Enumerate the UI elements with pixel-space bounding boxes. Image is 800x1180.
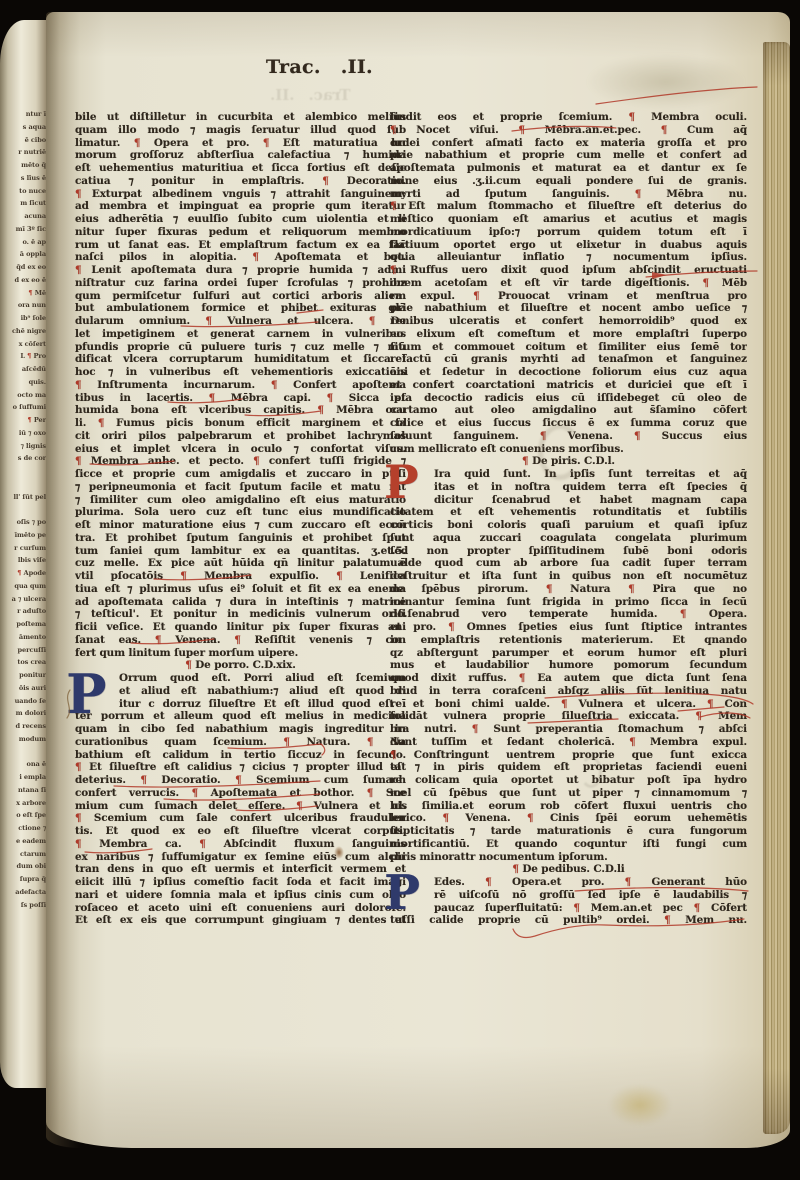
- prev-page-line-fragment: chē nigre: [0, 325, 46, 338]
- text-line: ter porrum et alleum quod eſt melius in …: [75, 710, 406, 723]
- text-line: tuſſi calide proprie cū pultib⁹ ordei. ¶…: [390, 914, 747, 927]
- text-line: quam in cibo ſed nabathium magis ingredi…: [75, 723, 406, 736]
- text-line: et confert coarctationi matricis et duri…: [390, 379, 747, 392]
- show-through-letter: [580, 756, 602, 788]
- show-through-letter: [538, 424, 582, 480]
- text-line: ficii veſice. Et quando linitur pix ſupe…: [75, 621, 406, 634]
- drop-cap-piris: P: [384, 464, 419, 502]
- paper-stain-bottom: [608, 1084, 672, 1126]
- text-line: vtil pſocatōis ¶ Membra expulſio. ¶ Leni…: [75, 570, 406, 583]
- prev-page-line-fragment: ōis auri: [0, 682, 46, 695]
- text-line: et aliud eſt nabathium:⁊ aliud eſt quod …: [75, 685, 406, 698]
- paper-smudge-top: [586, 54, 746, 110]
- text-line: limatur. ¶ Opera et pro. ¶ Eſt maturatiu…: [75, 137, 406, 150]
- prev-page-line-fragment: percuſſi: [0, 644, 46, 657]
- text-line: naſci pilos in alopitia. ¶ Apoſtemata et…: [75, 251, 406, 264]
- prev-page-line-fragment: ona ē: [0, 758, 46, 771]
- prev-page-line-fragment: e eadem: [0, 835, 46, 848]
- text-line: eſt minor maturatione eius ⁊ cum zuccaro…: [75, 519, 406, 532]
- text-line: Et eſt ex eis que corrumpunt gingiuam ⁊ …: [75, 914, 406, 927]
- text-line: mine eius .ʒ.ii.cum equali pondere ſui d…: [390, 175, 747, 188]
- text-line: ⁊ ſimiliter cum oleo amigdalino eſt eius…: [75, 494, 406, 507]
- text-line: ¶ Inſtrumenta incurnarum. ¶ Confert apoſ…: [75, 379, 406, 392]
- text-line: ¶ De pedibus. C.D.li: [390, 863, 747, 876]
- text-column-right: findit eos et proprie ſcemium. ¶ Membra …: [390, 111, 747, 927]
- prev-page-line-fragment: x arbore: [0, 797, 46, 810]
- text-line: ¶ Ruffus uero dixit quod ipſum abſcindit…: [390, 264, 747, 277]
- prev-page-line-fragment: o ſuffumi: [0, 401, 46, 414]
- text-line: do.ſenabrud vero temperate humida. ¶ Ope…: [390, 608, 747, 621]
- text-line: quam illo modo ⁊ magis ſeruatur illud qu…: [75, 124, 406, 137]
- text-line: dificat vlcera corruptarum humiditatum e…: [75, 353, 406, 366]
- running-header: Trac. .II.: [266, 56, 373, 78]
- prev-page-line-fragment: L ¶ Pro: [0, 350, 46, 363]
- prev-page-line-fragment: m dolori: [0, 707, 46, 720]
- text-line: deſtruitur et iſta ſunt in quibus non eſ…: [390, 570, 747, 583]
- text-line: tis. Et quod ex eo eſt ſilueſtre vlcerat…: [75, 825, 406, 838]
- prev-page-line-fragment: ſupra q̄: [0, 873, 46, 886]
- prev-page-line-fragment: mī 3º ſic: [0, 223, 46, 236]
- text-line: refactū cū granis myrhti ad tenaſmon et …: [390, 353, 747, 366]
- text-line: ¶ Conſtringunt uentrem proprie que ſunt …: [390, 749, 747, 762]
- text-line: qz abſtergunt parumper et eorum humor eſ…: [390, 647, 747, 660]
- text-line: ¶ De porro. C.D.xix.: [75, 659, 406, 672]
- text-line: re et boni chimi ualde. ¶ Vulnera et ulc…: [390, 698, 747, 711]
- text-line: li. ¶ Fumus picis bonum efficit marginem…: [75, 417, 406, 430]
- text-line: niſtratur cuz farina ordei ſuper ſcroful…: [75, 277, 406, 290]
- previous-page-text-fragments: ntur īs aquaē cibor nutriēmēto q̄s līus …: [0, 20, 50, 911]
- text-line: ¶ Lenit apoſtemata dura ⁊ proprie humida…: [75, 264, 406, 277]
- text-line: itas et in noſtra quidem terra eſt ſpeci…: [390, 481, 747, 494]
- text-line: fert qum linitum ſuper morſum uipere.: [75, 647, 406, 660]
- text-line: ad membra et impinguat ea proprie qum it…: [75, 200, 406, 213]
- prev-page-line-fragment: [0, 746, 46, 759]
- prev-page-line-fragment: [0, 465, 46, 478]
- text-line: nitur ſuper fixuras pedum et reliquorum …: [75, 226, 406, 239]
- prev-page-line-fragment: m ſicut: [0, 197, 46, 210]
- text-line: dunt tuſſim et ſedant cholericā. ¶ Membr…: [390, 736, 747, 749]
- prev-page-line-fragment: ā oppla: [0, 248, 46, 261]
- prev-page-line-fragment: a ⁊ ulcera: [0, 593, 46, 606]
- text-line: findit eos et proprie ſcemium. ¶ Membra …: [390, 111, 747, 124]
- book-page: Trac. .II. Trac. .II. bile ut diſtilletu…: [46, 12, 790, 1148]
- prev-page-line-fragment: [0, 503, 46, 516]
- prev-page-line-fragment: ntana ſi: [0, 784, 46, 797]
- text-line: ¶ Eſt malum ſtommacho et ſilueſtre eſt d…: [390, 200, 747, 213]
- text-line: ¶ Membra ca. ¶ Abſcindit fluxum ſanguini…: [75, 838, 406, 851]
- prev-page-line-fragment: r curſum: [0, 542, 46, 555]
- text-line: mus et laudabilior humore pomorum ſecund…: [390, 659, 747, 672]
- text-line: rum ut ſanat eas. Et emplaſtrum factum e…: [75, 239, 406, 252]
- prev-page-line-fragment: dum obi: [0, 860, 46, 873]
- text-line: paucaz ſuperfluitatū: ¶ Mem.an.et pec ¶ …: [390, 902, 747, 915]
- prev-page-line-fragment: o. ē ap: [0, 236, 46, 249]
- text-line: tran dens in quo eſt uermis et interfici…: [75, 863, 406, 876]
- text-line: onem acetoſam et eſt vīr tarde digeſtion…: [390, 277, 747, 290]
- text-line: ad apoſtemata calida ⁊ dura in inteſtini…: [75, 596, 406, 609]
- text-line: let impetiginem et generat carnem in vul…: [75, 328, 406, 341]
- prev-page-line-fragment: i empla: [0, 771, 46, 784]
- text-line: ſunt aqua zuccari coagulata congelata pl…: [390, 532, 747, 545]
- text-line: dicitur ſcenabrud et habet magnam capa: [390, 494, 747, 507]
- text-line: his ſimilia.et eorum rob cōfert fluxui u…: [390, 800, 747, 813]
- text-line: meſtico quoniam eſt amarius et acutius e…: [390, 213, 747, 226]
- text-line: corticis boni coloris quaſi paruium et q…: [390, 519, 747, 532]
- prev-page-line-fragment: s de cor: [0, 452, 46, 465]
- text-line: eiicit illū ⁊ ipſius comeſtio facit ſoda…: [75, 876, 406, 889]
- prev-page-line-fragment: octo ma: [0, 389, 46, 402]
- prev-page-line-fragment: d recens: [0, 720, 46, 733]
- prev-page-line-fragment: s līus ē: [0, 172, 46, 185]
- text-line: citatem et eſt vehementis rotunditatis e…: [390, 506, 747, 519]
- prev-page-line-fragment: acuna: [0, 210, 46, 223]
- prev-page-line-fragment: iū ⁊ oxo: [0, 427, 46, 440]
- prev-page-line-fragment: tos crea: [0, 656, 46, 669]
- text-line: ipſa decoctio radicis eius cū iſſidebege…: [390, 392, 747, 405]
- text-line: et pro. ¶ Omnes ſpeties eius ſunt ſtipti…: [390, 621, 747, 634]
- text-line: ⁊ teſticul'. Et ponitur in medicinis vul…: [75, 608, 406, 621]
- text-line: humida bona eſt vlceribus capitis. ¶ Mēb…: [75, 404, 406, 417]
- text-line: tum ſaniei qum lambitur ex ea quantitas.…: [75, 545, 406, 558]
- text-line: curationibus quam ſcemium. ¶ Natura. ¶ N…: [75, 736, 406, 749]
- prev-page-line-fragment: [0, 478, 46, 491]
- text-line: qum permiſcetur ſulfuri aut cortici arbo…: [75, 290, 406, 303]
- text-line: roſaceo et aceto uini eſt conueniens aur…: [75, 902, 406, 915]
- prev-page-line-fragment: ¶ Apode: [0, 567, 46, 580]
- text-line: minantur ſemina ſunt frigida in primo ſi…: [390, 596, 747, 609]
- text-line: myrti ad ſputum ſanguinis. ¶ Mēbra nu.: [390, 188, 747, 201]
- text-line: ani et ſedetur in decoctione foliorum ei…: [390, 366, 747, 379]
- text-line: ex naribus ⁊ ſuffumigatur ex ſemine eiūs…: [75, 851, 406, 864]
- prev-page-line-fragment: x cōſert: [0, 338, 46, 351]
- prev-page-line-fragment: aſcēdū: [0, 363, 46, 376]
- prev-page-line-fragment: ib⁹ ſole: [0, 312, 46, 325]
- text-line: eius adherētia ⁊ euulſio ſubito cum uiol…: [75, 213, 406, 226]
- text-line: de ſpēbus pirorum. ¶ Natura ¶ Pira que n…: [390, 583, 747, 596]
- prev-page-line-fragment: qua qum: [0, 580, 46, 593]
- text-line: deterius. ¶ Decoratio. ¶ Scemium cum ſum…: [75, 774, 406, 787]
- prev-page-line-fragment: modum: [0, 733, 46, 746]
- text-line: mium cum ſumach delet eſſere. ¶ Vulnera …: [75, 800, 406, 813]
- text-line: ¶ Scemium cum ſale confert ulceribus fra…: [75, 812, 406, 825]
- prev-page-line-fragment: oſis ⁊ po: [0, 516, 46, 529]
- show-through-header: Trac. .II.: [270, 86, 351, 104]
- prev-page-line-fragment: ora nun: [0, 299, 46, 312]
- text-line: tiua eſt ⁊ plurimus uſus ei⁹ ſoluit et f…: [75, 583, 406, 596]
- prev-page-line-fragment: r nutriē: [0, 146, 46, 159]
- prev-page-line-fragment: ll' ſūt pel: [0, 491, 46, 504]
- text-line: ſolidāt vulnera proprie ſilueſtria exicc…: [390, 710, 747, 723]
- text-line: ualde quod cum ab arbore ſua cadit ſuper…: [390, 557, 747, 570]
- text-line: eo elixum eſt comeſtum et more emplaſtri…: [390, 328, 747, 341]
- prev-page-line-fragment: r aduſto: [0, 605, 46, 618]
- prev-page-line-fragment: mēto q̄: [0, 159, 46, 172]
- text-line: apoſtemata pulmonis et maturat ea et dan…: [390, 162, 747, 175]
- text-line: ¶ Et ſilueſtre eſt calidius ⁊ cicius ⁊ p…: [75, 761, 406, 774]
- text-line: ordei confert aſmati facto ex materia gr…: [390, 137, 747, 150]
- prev-page-line-fragment: d ex eo ē: [0, 274, 46, 287]
- text-line: ¶ Membra anhe. et pecto. ¶ confert tuſſi…: [75, 455, 406, 468]
- text-line: ſtipticitatis ⁊ tarde maturationis ē cur…: [390, 825, 747, 838]
- text-line: ¶ Exturpat albedinem vnguis ⁊ attrahit ſ…: [75, 188, 406, 201]
- text-line: ſicce et proprie cum amigdalis et zuccar…: [75, 468, 406, 481]
- text-line: morum groſſoruz abſterſiua calefactiua ⁊…: [75, 149, 406, 162]
- text-line: lerico. ¶ Venena. ¶ Cinis ſpēi eorum ueh…: [390, 812, 747, 825]
- text-line: catiua ⁊ ponitur in emplaſtris. ¶ Decora…: [75, 175, 406, 188]
- text-line: pfundis proprie cū puluere turis ⁊ cuz m…: [75, 341, 406, 354]
- text-line: brud in terra coraſceni abſqz aliis ſūt …: [390, 685, 747, 698]
- text-line: cuz melle. Ex pice aūt hūida qn̄ linitur…: [75, 557, 406, 570]
- text-line: Orrum quod eſt. Porri aliud eſt ſcemium: [75, 672, 406, 685]
- prev-page-line-fragment: o eſt ſpe: [0, 809, 46, 822]
- text-line: itur c dorruz ſilueſtre Et eſt illud quo…: [75, 698, 406, 711]
- text-line: Edes. ¶ Opera.et pro. ¶ Generant hūo: [390, 876, 747, 889]
- text-line: in emplaſtris retentionis materierum. Et…: [390, 634, 747, 647]
- text-line: dularum omnium. ¶ Vulnera et ulcera. ¶ D…: [75, 315, 406, 328]
- text-line: ſed non propter ſpiſſitudinem ſubē boni …: [390, 545, 747, 558]
- text-line: nari et uidere ſomnia mala et ipſius cin…: [75, 889, 406, 902]
- text-line: prie nabathium et ſilueſtre et nocent am…: [390, 302, 747, 315]
- text-line: mordicatiuum ipſo:⁊ porrum quidem totum …: [390, 226, 747, 239]
- prev-page-line-fragment: ¶ Per: [0, 414, 46, 427]
- prev-page-line-fragment: s aqua: [0, 121, 46, 134]
- text-line: eſt uehementius maturitiua et ſicca fort…: [75, 162, 406, 175]
- text-line: hoc ⁊ in vulneribus eſt vehementioris ex…: [75, 366, 406, 379]
- text-line: mel cū ſpēbus que ſunt ut piper ⁊ cinnam…: [390, 787, 747, 800]
- text-line: flatiuum oportet ergo ut elixetur in dua…: [390, 239, 747, 252]
- prev-page-line-fragment: ntur ī: [0, 108, 46, 121]
- prev-page-line-fragment: to nuce: [0, 185, 46, 198]
- text-line: re colicam quia oportet ut bibatur poſt …: [390, 774, 747, 787]
- prev-page-line-fragment: ¶ Mē: [0, 287, 46, 300]
- text-line: bra nutri. ¶ Sunt preperantia ſtomachum …: [390, 723, 747, 736]
- running-header-folio: .II.: [341, 56, 373, 78]
- text-line: plurima. Sola uero cuz eſt tunc eius mun…: [75, 506, 406, 519]
- running-header-title: Trac.: [266, 56, 321, 78]
- text-line: cit oriri pilos palpebrarum et prohibet …: [75, 430, 406, 443]
- text-line: tibus in lacertis. ¶ Mēbra capi. ¶ Sicca…: [75, 392, 406, 405]
- text-line: prie nabathium et proprie cum melle et c…: [390, 149, 747, 162]
- text-line: ta ⁊ in piris quidem eſt proprietas faci…: [390, 761, 747, 774]
- prev-page-line-fragment: adefacta: [0, 886, 46, 899]
- prev-page-line-fragment: īmēto pe: [0, 529, 46, 542]
- text-line: ¶ Nocet viſui. ¶ Mēbra.an.et.pec. ¶ Cum …: [390, 124, 747, 137]
- text-line: bathium eſt calidum in tertio ſiccuz in …: [75, 749, 406, 762]
- drop-cap-pedibus: P: [384, 874, 420, 913]
- text-line: ⁊ peripneumonia et facit ſputum facile e…: [75, 481, 406, 494]
- text-line: tra. Et prohibet ſputum ſanguinis et pro…: [75, 532, 406, 545]
- prev-page-line-fragment: ſs poſſi: [0, 899, 46, 912]
- prev-page-line-fragment: ponitur: [0, 669, 46, 682]
- drop-cap-porro: P: [66, 672, 107, 716]
- text-line: mortificantiū. Et quando coquntur iſti f…: [390, 838, 747, 851]
- previous-page-edge: ntur īs aquaē cibor nutriēmēto q̄s līus …: [0, 20, 50, 1088]
- prev-page-line-fragment: ē cibo: [0, 134, 46, 147]
- prev-page-line-fragment: uando ſe: [0, 695, 46, 708]
- prev-page-line-fragment: q̄d ex eo: [0, 261, 46, 274]
- page-fore-edge: [763, 42, 790, 1134]
- prev-page-line-fragment: quis.: [0, 376, 46, 389]
- text-line: bile ut diſtilletur in cucurbita et alem…: [75, 111, 406, 124]
- prev-page-line-fragment: ctarum: [0, 848, 46, 861]
- text-line: ſitum et commouet coitum et ſimiliter ei…: [390, 341, 747, 354]
- prev-page-line-fragment: ctione ⁊: [0, 822, 46, 835]
- text-line: rē uiſcoſū nō groſſū ſed ipſe ē laudabil…: [390, 889, 747, 902]
- prev-page-line-fragment: ⁊ lignis: [0, 440, 46, 453]
- text-line: cartamo aut oleo amigdalino aut s̄ſamino…: [390, 404, 747, 417]
- text-line: quod dixit ruffus. ¶ Ea autem que dicta …: [390, 672, 747, 685]
- text-line: ſanat eas. ¶ Venena. ¶ Reſiſtit venenis …: [75, 634, 406, 647]
- text-line: quia alleuiantur inflatio ⁊ nocumentum i…: [390, 251, 747, 264]
- text-line: confert verrucis. ¶ Apoſtemata et bothor…: [75, 787, 406, 800]
- text-line: eius et implet vlcera in oculo ⁊ confort…: [75, 443, 406, 456]
- prev-page-line-fragment: poſtema: [0, 618, 46, 631]
- text-line: ra expul. ¶ Prouocat vrinam et menſtrua …: [390, 290, 747, 303]
- text-line: piris minorattr nocumentum ipſorum.: [390, 851, 747, 864]
- text-line: renibus ulceratis et confert hemorroidib…: [390, 315, 747, 328]
- text-column-left: bile ut diſtilletur in cucurbita et alem…: [75, 111, 406, 927]
- text-line: but ambulationem formice et phibet exitu…: [75, 302, 406, 315]
- prev-page-line-fragment: lbis viſe: [0, 554, 46, 567]
- prev-page-line-fragment: āmento: [0, 631, 46, 644]
